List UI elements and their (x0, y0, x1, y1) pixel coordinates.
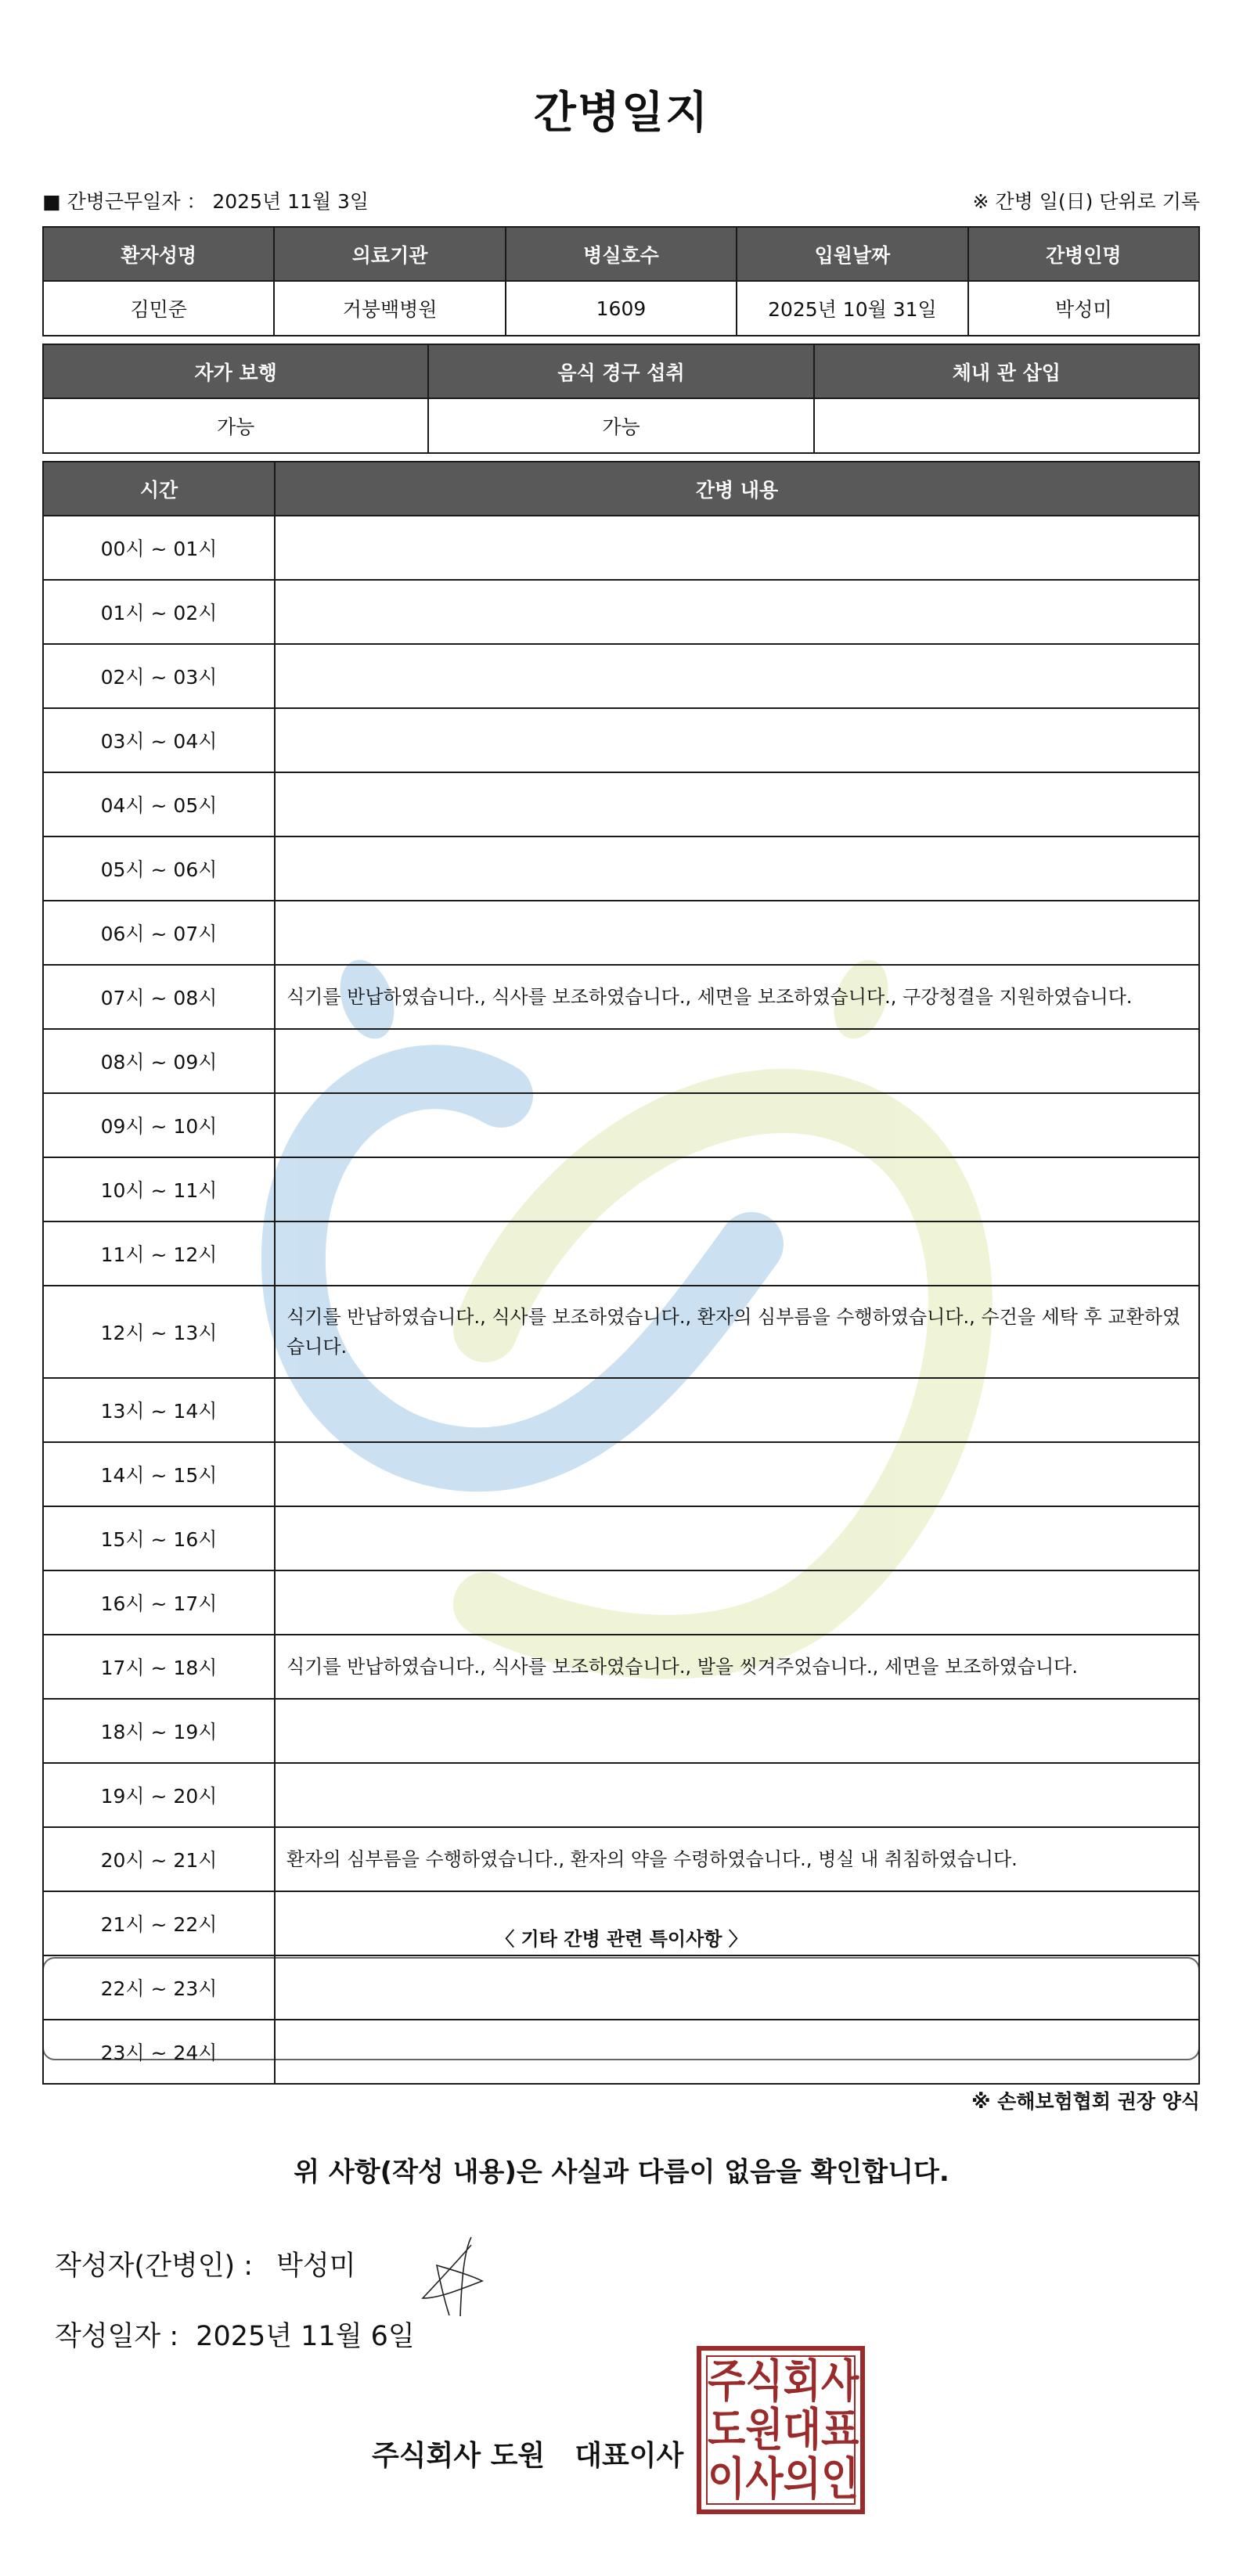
care-log-row: 11시 ~ 12시 (43, 1221, 1199, 1286)
patient-name: 김민준 (43, 281, 274, 336)
care-log-time: 13시 ~ 14시 (43, 1378, 275, 1442)
care-log-time: 03시 ~ 04시 (43, 708, 275, 772)
care-log-time: 22시 ~ 23시 (43, 1955, 275, 2020)
seal-char: 회 (784, 2358, 821, 2404)
care-log-row: 02시 ~ 03시 (43, 644, 1199, 708)
care-log-content (275, 1506, 1199, 1570)
writer-line: 작성자(간병인) :박성미 (55, 2244, 356, 2283)
caregiver-name: 박성미 (968, 281, 1199, 336)
header-time: 시간 (43, 462, 275, 516)
seal-char: 사 (821, 2358, 859, 2404)
care-log-time: 17시 ~ 18시 (43, 1635, 275, 1699)
company-representative-title: 대표이사 (575, 2440, 683, 2472)
care-log-content (275, 1442, 1199, 1506)
care-log-content: 환자의 심부름을 수행하였습니다., 환자의 약을 수령하였습니다., 병실 내… (275, 1827, 1199, 1891)
care-log-time: 05시 ~ 06시 (43, 836, 275, 901)
patient-status-header-row: 자가 보행 음식 경구 섭취 체내 관 삽입 (43, 344, 1199, 398)
care-log-row: 10시 ~ 11시 (43, 1157, 1199, 1221)
care-log-time: 19시 ~ 20시 (43, 1763, 275, 1827)
care-log-content (275, 580, 1199, 644)
signature-icon (415, 2234, 493, 2320)
care-log-time: 18시 ~ 19시 (43, 1699, 275, 1763)
care-log-time: 23시 ~ 24시 (43, 2020, 275, 2084)
care-log-row: 04시 ~ 05시 (43, 772, 1199, 836)
care-log-row: 21시 ~ 22시 (43, 1891, 1199, 1955)
care-log-content (275, 708, 1199, 772)
care-log-content (275, 901, 1199, 965)
self-walking: 가능 (43, 398, 428, 453)
care-log-time: 21시 ~ 22시 (43, 1891, 275, 1955)
care-log-content: 식기를 반납하였습니다., 식사를 보조하였습니다., 환자의 심부름을 수행하… (275, 1286, 1199, 1378)
written-date-line: 작성일자 :2025년 11월 6일 (55, 2315, 415, 2354)
care-log-row: 14시 ~ 15시 (43, 1442, 1199, 1506)
care-log-content (275, 1699, 1199, 1763)
care-log-time: 04시 ~ 05시 (43, 772, 275, 836)
header-room-number: 병실호수 (506, 227, 737, 281)
care-log-row: 09시 ~ 10시 (43, 1093, 1199, 1157)
care-log-row: 17시 ~ 18시식기를 반납하였습니다., 식사를 보조하였습니다., 발을 … (43, 1635, 1199, 1699)
written-date-value: 2025년 11월 6일 (196, 2321, 415, 2352)
written-date-label: 작성일자 : (55, 2321, 178, 2352)
care-log-content (275, 1221, 1199, 1286)
care-log-time: 02시 ~ 03시 (43, 644, 275, 708)
company-name: 주식회사 도원 (372, 2440, 545, 2472)
care-log-content: 식기를 반납하였습니다., 식사를 보조하였습니다., 발을 씻겨주었습니다.,… (275, 1635, 1199, 1699)
patient-info-table: 환자성명 의료기관 병실호수 입원날짜 간병인명 김민준 거붕백병원 1609 … (42, 226, 1200, 336)
care-log-content (275, 1029, 1199, 1093)
care-log-content (275, 1157, 1199, 1221)
care-log-row: 19시 ~ 20시 (43, 1763, 1199, 1827)
care-log-row: 18시 ~ 19시 (43, 1699, 1199, 1763)
care-log-time: 09시 ~ 10시 (43, 1093, 275, 1157)
seal-char: 인 (821, 2456, 859, 2502)
seal-char: 원 (745, 2408, 783, 2453)
care-log-content (275, 644, 1199, 708)
care-log-content: 식기를 반납하였습니다., 식사를 보조하였습니다., 세면을 보조하였습니다.… (275, 965, 1199, 1029)
care-log-time: 10시 ~ 11시 (43, 1157, 275, 1221)
seal-char: 표 (821, 2408, 859, 2453)
seal-characters: 주식회사도원대표이사의인 (706, 2355, 856, 2505)
admission-date: 2025년 10월 31일 (737, 281, 967, 336)
work-date: ■ 간병근무일자 ： 2025년 11월 3일 (42, 186, 369, 214)
seal-char: 이 (708, 2456, 745, 2502)
care-log-table: 시간 간병 내용 00시 ~ 01시01시 ~ 02시02시 ~ 03시03시 … (42, 461, 1200, 2085)
care-log-content (275, 516, 1199, 580)
care-log-row: 01시 ~ 02시 (43, 580, 1199, 644)
care-log-row: 07시 ~ 08시식기를 반납하였습니다., 식사를 보조하였습니다., 세면을… (43, 965, 1199, 1029)
care-log-time: 06시 ~ 07시 (43, 901, 275, 965)
room-number: 1609 (506, 281, 737, 336)
care-log-time: 01시 ~ 02시 (43, 580, 275, 644)
header-tube-insertion: 체내 관 삽입 (814, 344, 1199, 398)
oral-intake: 가능 (428, 398, 813, 453)
confirmation-statement: 위 사항(작성 내용)은 사실과 다름이 없음을 확인합니다. (0, 2150, 1243, 2189)
care-log-time: 00시 ~ 01시 (43, 516, 275, 580)
care-log-time: 07시 ~ 08시 (43, 965, 275, 1029)
seal-char: 식 (745, 2358, 783, 2404)
care-log-content (275, 1891, 1199, 1955)
care-log-row: 15시 ~ 16시 (43, 1506, 1199, 1570)
care-log-time: 20시 ~ 21시 (43, 1827, 275, 1891)
care-log-content (275, 836, 1199, 901)
company-signature-line: 주식회사 도원대표이사 (372, 2434, 683, 2473)
care-log-row: 05시 ~ 06시 (43, 836, 1199, 901)
care-log-row: 13시 ~ 14시 (43, 1378, 1199, 1442)
care-log-time: 15시 ~ 16시 (43, 1506, 275, 1570)
header-patient-name: 환자성명 (43, 227, 274, 281)
header-oral-intake: 음식 경구 섭취 (428, 344, 813, 398)
care-log-row: 03시 ~ 04시 (43, 708, 1199, 772)
care-log-time: 11시 ~ 12시 (43, 1221, 275, 1286)
writer-label: 작성자(간병인) : (55, 2250, 253, 2282)
care-log-row: 16시 ~ 17시 (43, 1570, 1199, 1635)
patient-status-table: 자가 보행 음식 경구 섭취 체내 관 삽입 가능 가능 (42, 344, 1200, 454)
hospital: 거붕백병원 (274, 281, 505, 336)
header-admission-date: 입원날짜 (737, 227, 967, 281)
care-log-row: 00시 ~ 01시 (43, 516, 1199, 580)
care-log-time: 16시 ~ 17시 (43, 1570, 275, 1635)
care-log-row: 06시 ~ 07시 (43, 901, 1199, 965)
care-log-time: 12시 ~ 13시 (43, 1286, 275, 1378)
care-log-time: 14시 ~ 15시 (43, 1442, 275, 1506)
care-log-row: 23시 ~ 24시 (43, 2020, 1199, 2084)
care-log-row: 08시 ~ 09시 (43, 1029, 1199, 1093)
seal-char: 대 (784, 2408, 821, 2453)
care-log-row: 12시 ~ 13시식기를 반납하였습니다., 식사를 보조하였습니다., 환자의… (43, 1286, 1199, 1378)
header-self-walking: 자가 보행 (43, 344, 428, 398)
care-log-content (275, 2020, 1199, 2084)
care-log-content (275, 1378, 1199, 1442)
seal-char: 사 (745, 2456, 783, 2502)
form-note: ※ 손해보험협회 권장 양식 (971, 2086, 1200, 2114)
tube-insertion (814, 398, 1199, 453)
patient-info-value-row: 김민준 거붕백병원 1609 2025년 10월 31일 박성미 (43, 281, 1199, 336)
writer-name: 박성미 (276, 2250, 355, 2282)
care-log-content (275, 772, 1199, 836)
care-log-content (275, 1093, 1199, 1157)
seal-char: 도 (708, 2408, 745, 2453)
page-title: 간병일지 (0, 78, 1243, 141)
care-log-content (275, 1955, 1199, 2020)
header-care-content: 간병 내용 (275, 462, 1199, 516)
care-log-row: 20시 ~ 21시환자의 심부름을 수행하였습니다., 환자의 약을 수령하였습… (43, 1827, 1199, 1891)
seal-char: 주 (708, 2358, 745, 2404)
header-hospital: 의료기관 (274, 227, 505, 281)
care-log-time: 08시 ~ 09시 (43, 1029, 275, 1093)
header-caregiver-name: 간병인명 (968, 227, 1199, 281)
care-log-body: 00시 ~ 01시01시 ~ 02시02시 ~ 03시03시 ~ 04시04시 … (43, 516, 1199, 2084)
recording-note: ※ 간병 일(日) 단위로 기록 (973, 186, 1200, 214)
care-log-header-row: 시간 간병 내용 (43, 462, 1199, 516)
care-log-content (275, 1570, 1199, 1635)
patient-status-value-row: 가능 가능 (43, 398, 1199, 453)
care-log-row: 22시 ~ 23시 (43, 1955, 1199, 2020)
care-log-content (275, 1763, 1199, 1827)
patient-info-header-row: 환자성명 의료기관 병실호수 입원날짜 간병인명 (43, 227, 1199, 281)
seal-char: 의 (784, 2456, 821, 2502)
company-seal-stamp-icon: 주식회사도원대표이사의인 (697, 2346, 865, 2514)
